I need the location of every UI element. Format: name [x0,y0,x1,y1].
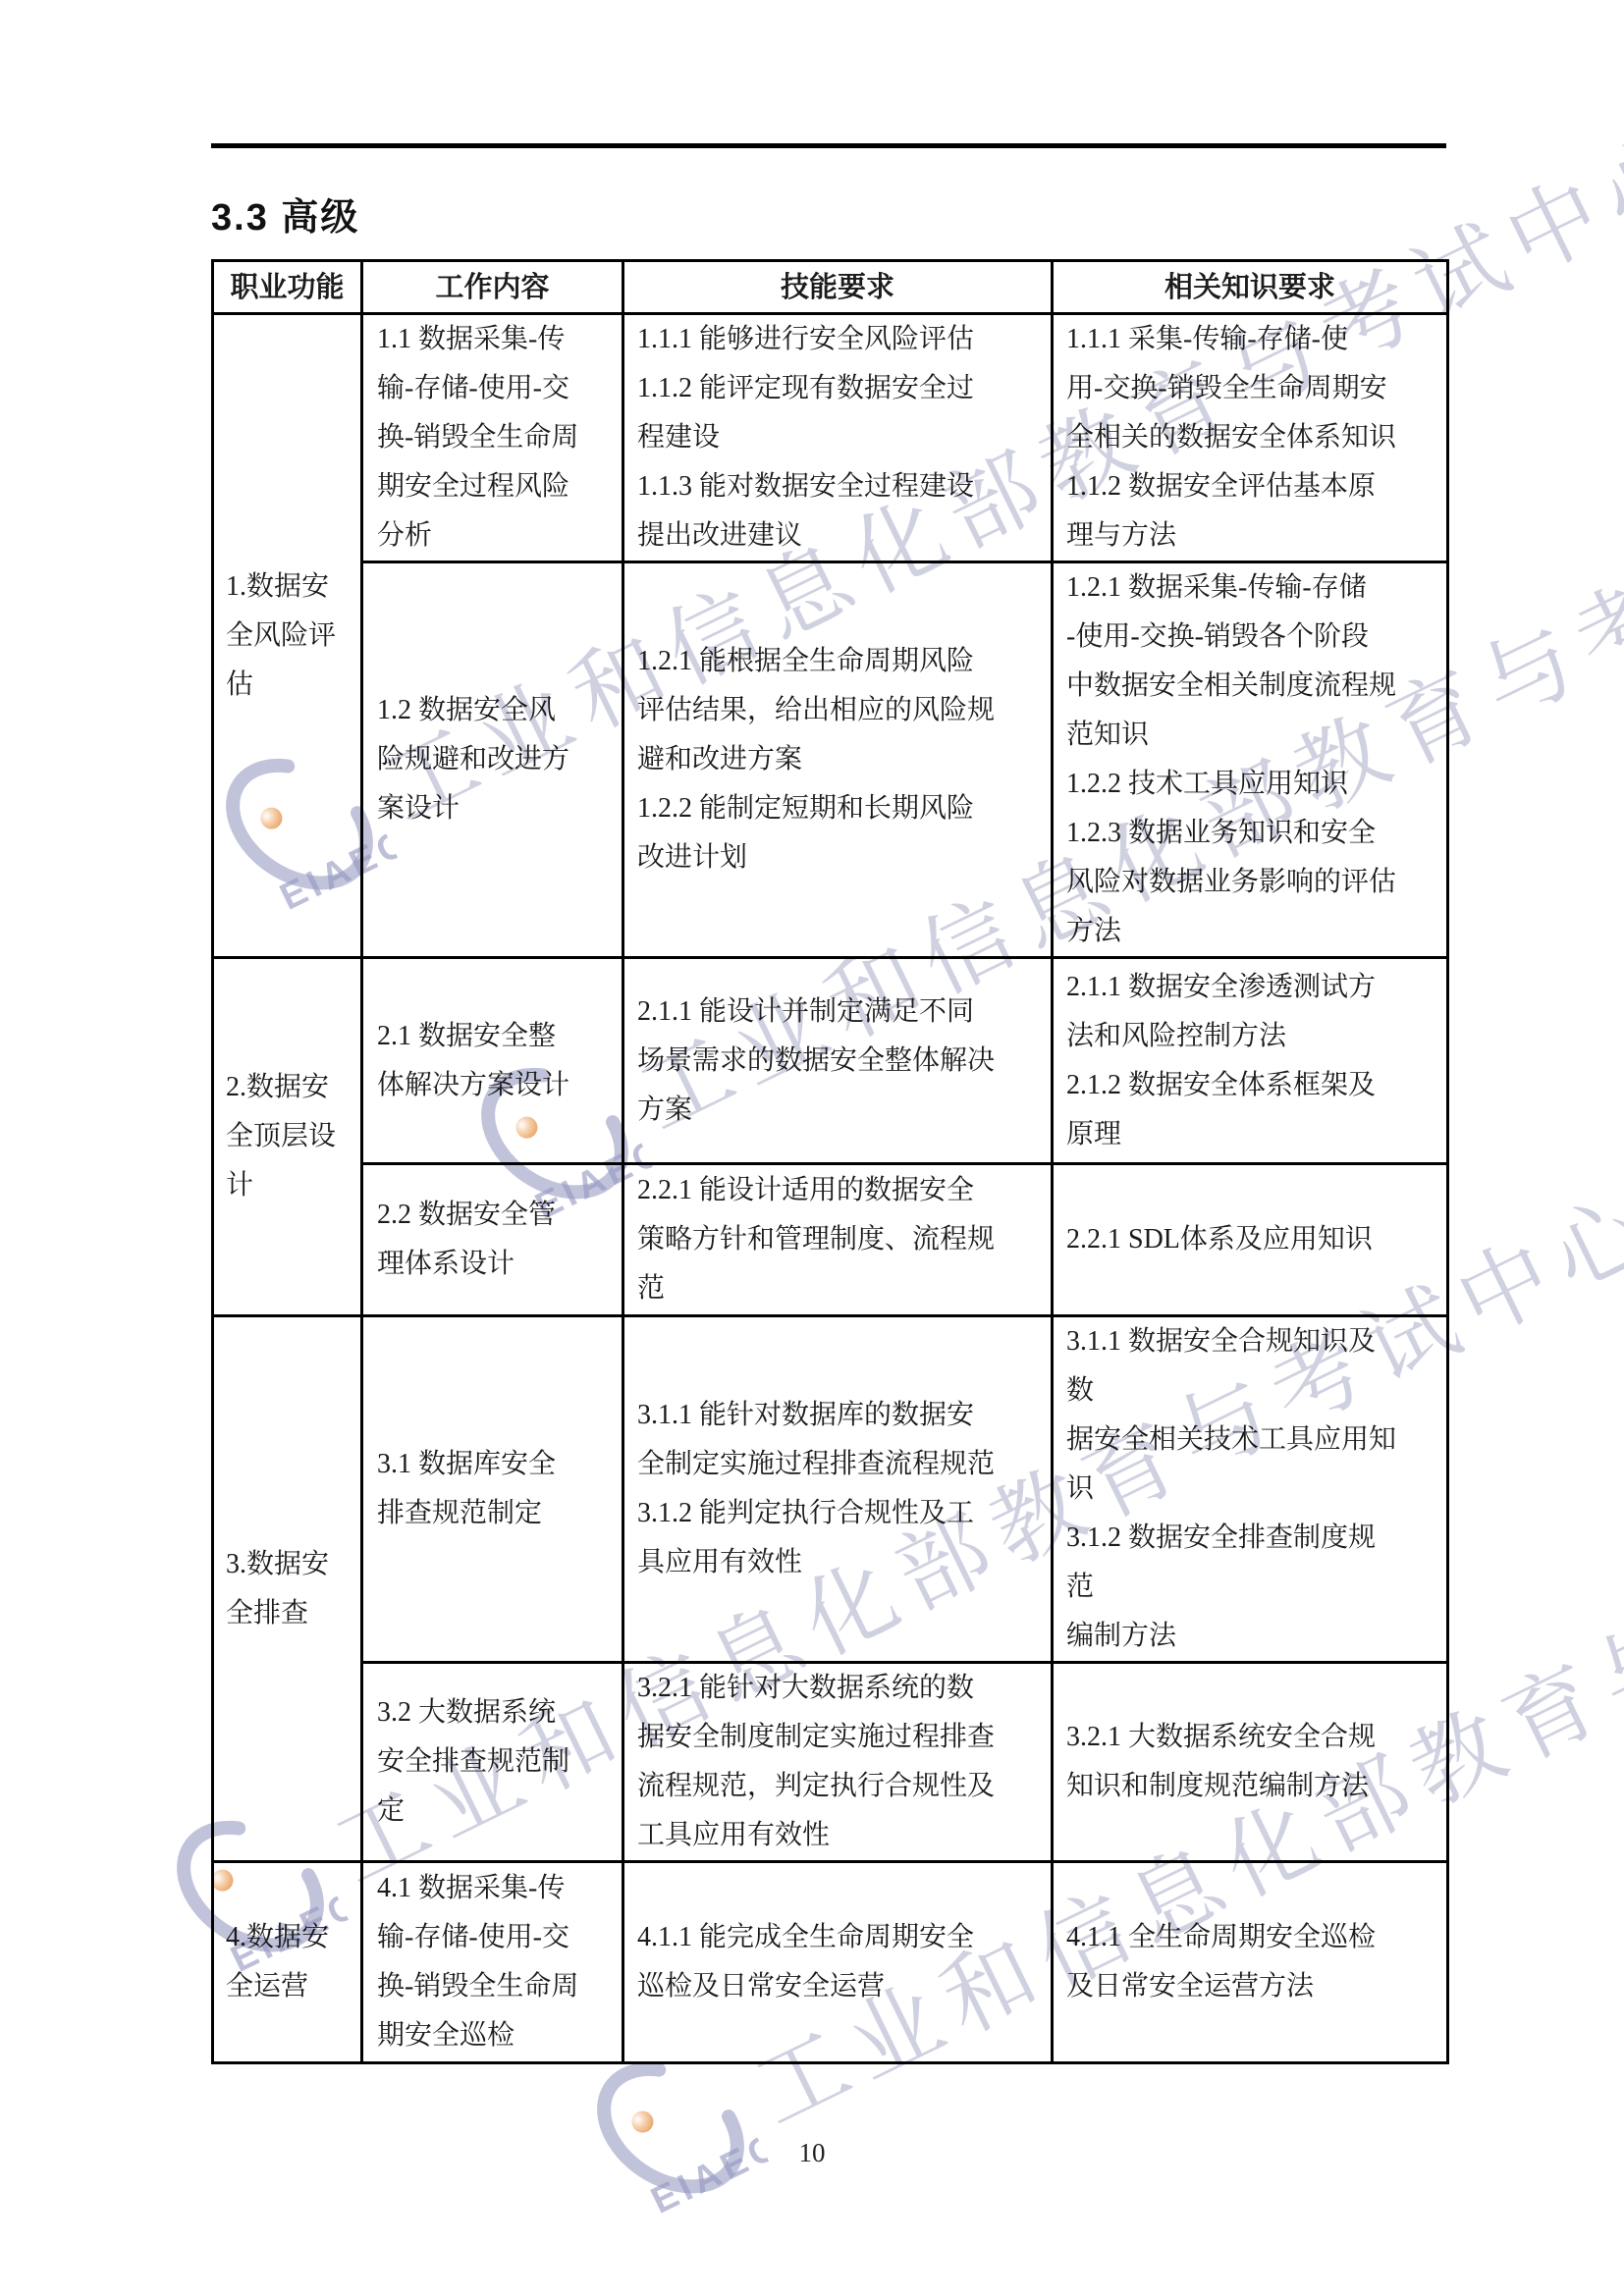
cell-skills-2-2: 2.2.1 能设计适用的数据安全 策略方针和管理制度、流程规 范 [623,1164,1053,1316]
table-row: 2.数据安 全顶层设 计 2.1 数据安全整 体解决方案设计 2.1.1 能设计… [213,958,1448,1164]
table-row: 3.2 大数据系统 安全排查规范制 定 3.2.1 能针对大数据系统的数 据安全… [213,1663,1448,1862]
cell-knowledge-4-1: 4.1.1 全生命周期安全巡检 及日常安全运营方法 [1053,1862,1448,2063]
section-title: 3.3 高级 [211,187,359,240]
document-page: EIAEC 工业和信息化部教育与考试中心 EIAEC 工业和信息化部教育与考试中… [0,0,1624,2296]
cell-knowledge-1-2: 1.2.1 数据采集-传输-存储 -使用-交换-销毁各个阶段 中数据安全相关制度… [1053,562,1448,958]
page-content: 3.3 高级 职业功能 工作内容 技能要求 相关知识要求 1.数据安 全风险评 … [0,0,1624,2296]
cell-knowledge-2-1: 2.1.1 数据安全渗透测试方 法和风险控制方法 2.1.2 数据安全体系框架及… [1053,958,1448,1164]
cell-skills-3-2: 3.2.1 能针对大数据系统的数 据安全制度制定实施过程排查 流程规范，判定执行… [623,1663,1053,1862]
table-row: 1.数据安 全风险评 估 1.1 数据采集-传 输-存储-使用-交 换-销毁全生… [213,314,1448,562]
table-row: 2.2 数据安全管 理体系设计 2.2.1 能设计适用的数据安全 策略方针和管理… [213,1164,1448,1316]
table-row: 3.数据安 全排查 3.1 数据库安全 排查规范制定 3.1.1 能针对数据库的… [213,1316,1448,1663]
cell-work-3-2: 3.2 大数据系统 安全排查规范制 定 [362,1663,623,1862]
cell-skills-1-1: 1.1.1 能够进行安全风险评估 1.1.2 能评定现有数据安全过 程建设 1.… [623,314,1053,562]
header-rule [211,143,1446,148]
skill-requirements-table: 职业功能 工作内容 技能要求 相关知识要求 1.数据安 全风险评 估 1.1 数… [211,259,1449,2064]
cell-work-4-1: 4.1 数据采集-传 输-存储-使用-交 换-销毁全生命周 期安全巡检 [362,1862,623,2063]
cell-skills-3-1: 3.1.1 能针对数据库的数据安 全制定实施过程排查流程规范 3.1.2 能判定… [623,1316,1053,1663]
cell-knowledge-3-1: 3.1.1 数据安全合规知识及 数 据安全相关技术工具应用知 识 3.1.2 数… [1053,1316,1448,1663]
cell-skills-1-2: 1.2.1 能根据全生命周期风险 评估结果，给出相应的风险规 避和改进方案 1.… [623,562,1053,958]
cell-knowledge-3-2: 3.2.1 大数据系统安全合规 知识和制度规范编制方法 [1053,1663,1448,1862]
cell-work-1-2: 1.2 数据安全风 险规避和改进方 案设计 [362,562,623,958]
col-header-function: 职业功能 [213,261,362,314]
cell-function-3: 3.数据安 全排查 [213,1316,362,1862]
cell-work-2-1: 2.1 数据安全整 体解决方案设计 [362,958,623,1164]
cell-work-3-1: 3.1 数据库安全 排查规范制定 [362,1316,623,1663]
table-row: 4.数据安 全运营 4.1 数据采集-传 输-存储-使用-交 换-销毁全生命周 … [213,1862,1448,2063]
cell-knowledge-1-1: 1.1.1 采集-传输-存储-使 用-交换-销毁全生命周期安 全相关的数据安全体… [1053,314,1448,562]
cell-function-1: 1.数据安 全风险评 估 [213,314,362,958]
col-header-skills: 技能要求 [623,261,1053,314]
cell-work-2-2: 2.2 数据安全管 理体系设计 [362,1164,623,1316]
table-row: 1.2 数据安全风 险规避和改进方 案设计 1.2.1 能根据全生命周期风险 评… [213,562,1448,958]
cell-function-4: 4.数据安 全运营 [213,1862,362,2063]
cell-function-2: 2.数据安 全顶层设 计 [213,958,362,1316]
cell-knowledge-2-2: 2.2.1 SDL体系及应用知识 [1053,1164,1448,1316]
table-header-row: 职业功能 工作内容 技能要求 相关知识要求 [213,261,1448,314]
page-number: 10 [0,2138,1624,2168]
cell-skills-2-1: 2.1.1 能设计并制定满足不同 场景需求的数据安全整体解决 方案 [623,958,1053,1164]
cell-work-1-1: 1.1 数据采集-传 输-存储-使用-交 换-销毁全生命周 期安全过程风险 分析 [362,314,623,562]
col-header-knowledge: 相关知识要求 [1053,261,1448,314]
cell-skills-4-1: 4.1.1 能完成全生命周期安全 巡检及日常安全运营 [623,1862,1053,2063]
col-header-work: 工作内容 [362,261,623,314]
